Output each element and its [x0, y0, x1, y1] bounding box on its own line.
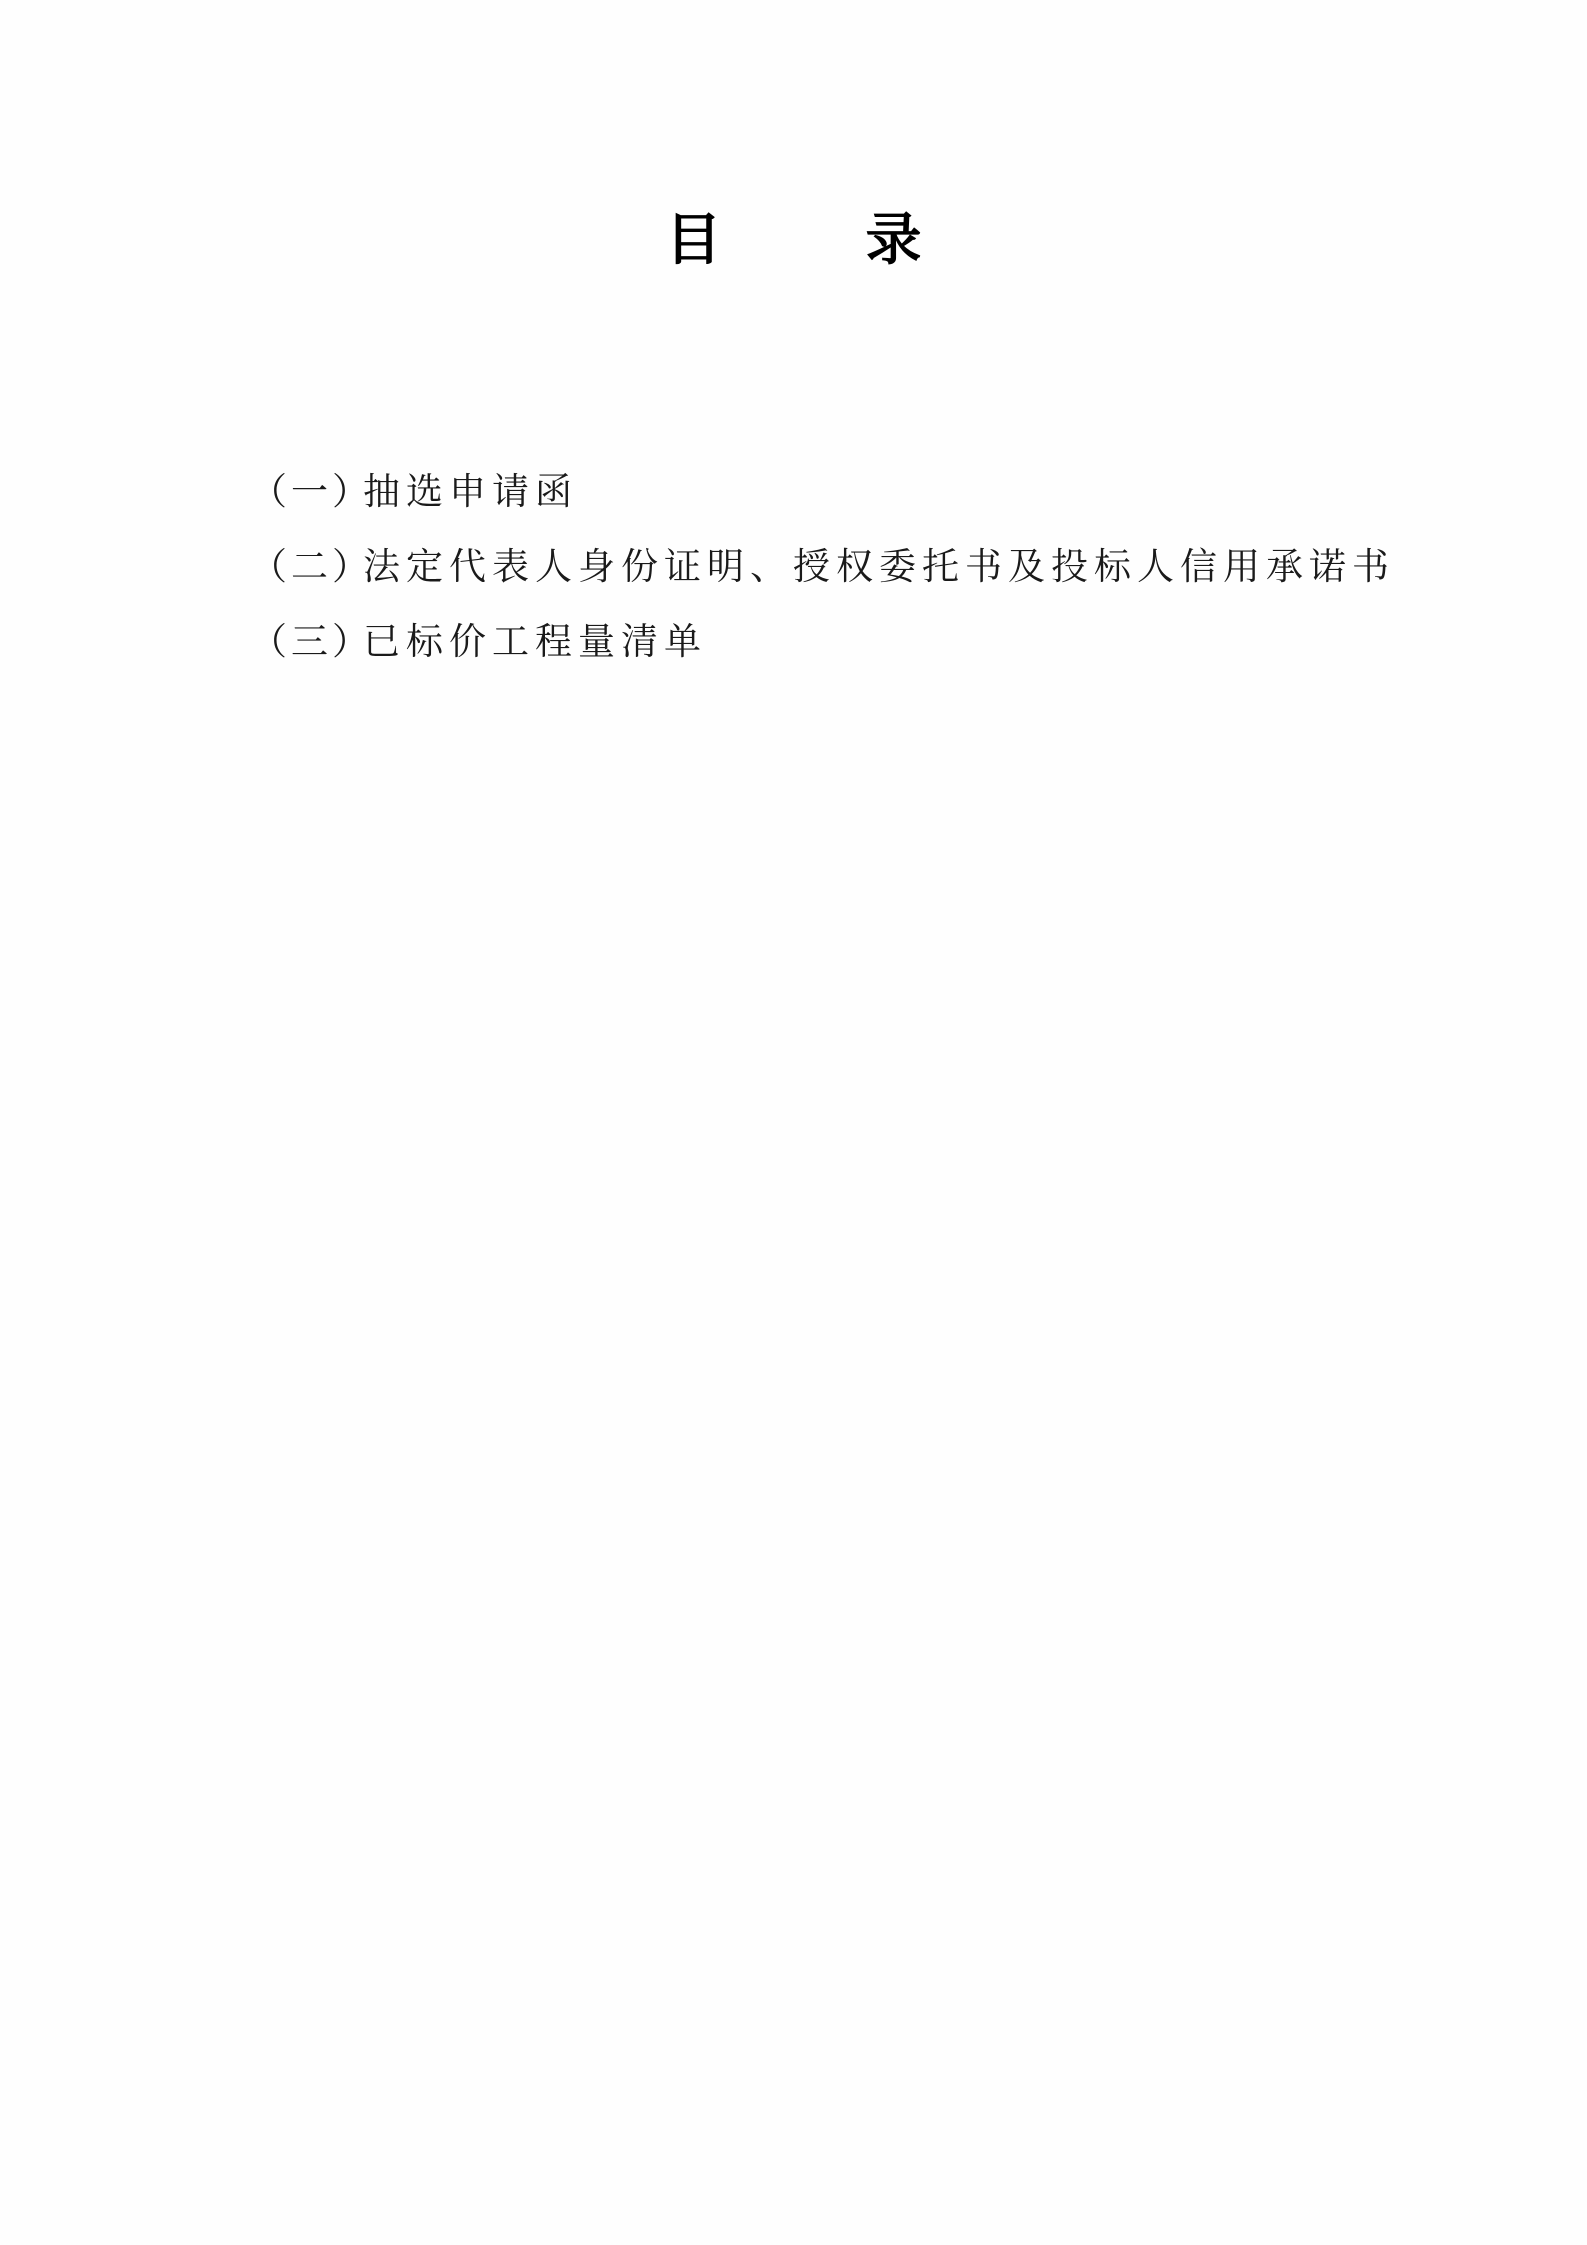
toc-item-2[interactable]: （二） 法定代表人身份证明、授权委托书及投标人信用承诺书	[250, 537, 1450, 589]
title-char-1: 目	[659, 205, 729, 275]
toc-item-3[interactable]: （三） 已标价工程量清单	[250, 612, 1450, 664]
title-char-2: 录	[859, 205, 929, 275]
toc-item-number: （一）	[250, 461, 363, 515]
toc-item-1[interactable]: （一） 抽选申请函	[250, 462, 1450, 514]
toc-item-label: 抽选申请函	[363, 461, 578, 515]
toc-item-number: （二）	[250, 536, 363, 590]
toc-item-label: 法定代表人身份证明、授权委托书及投标人信用承诺书	[363, 536, 1395, 590]
toc-item-number: （三）	[250, 611, 363, 665]
document-page: 目 录 （一） 抽选申请函 （二） 法定代表人身份证明、授权委托书及投标人信用承…	[0, 0, 1587, 2245]
table-of-contents: （一） 抽选申请函 （二） 法定代表人身份证明、授权委托书及投标人信用承诺书 （…	[250, 462, 1450, 687]
toc-item-label: 已标价工程量清单	[363, 611, 707, 665]
page-title: 目 录	[0, 205, 1587, 275]
